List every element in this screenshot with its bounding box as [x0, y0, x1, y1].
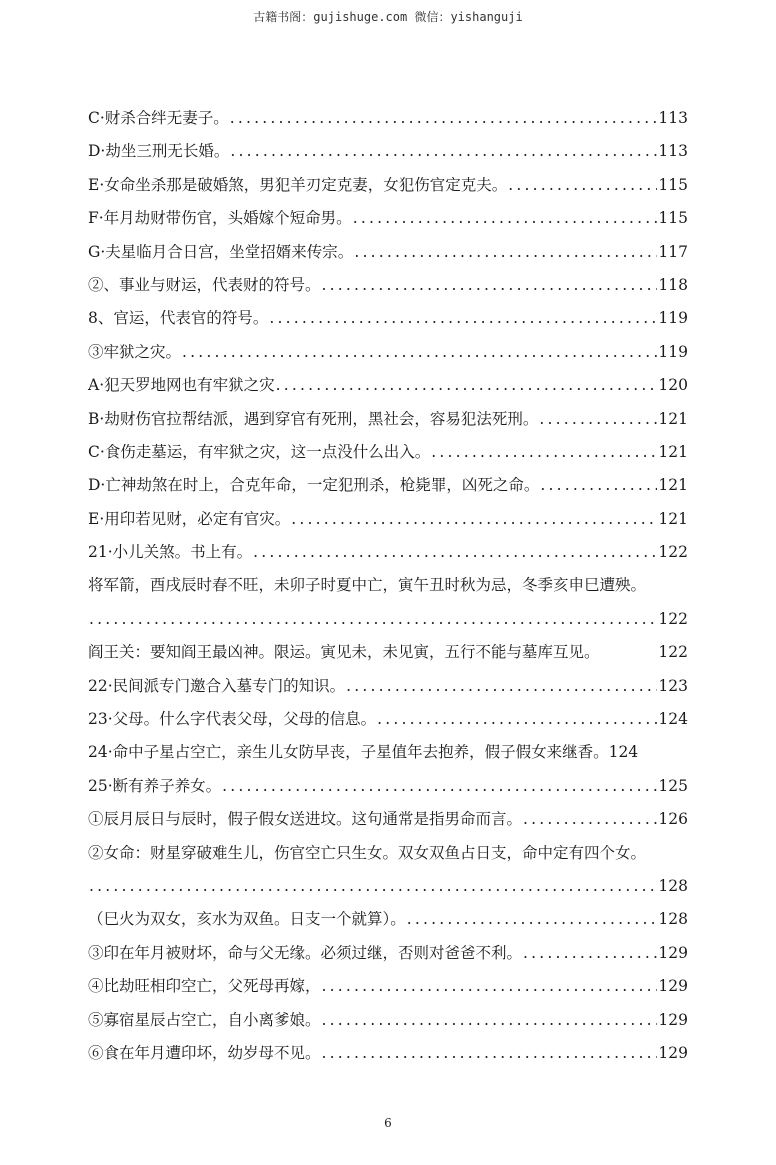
toc-entry-title: 21·小儿关煞。书上有。	[88, 538, 252, 566]
toc-entry-title: 24·命中子星占空亡，亲生儿女防早丧，子星值年去抱养，假子假女来继香。	[88, 738, 609, 766]
toc-entry-page: 129	[658, 939, 688, 967]
toc-entry-page: 122	[658, 638, 688, 666]
dot-leader: ........................................…	[508, 171, 657, 199]
toc-entry[interactable]: 24·命中子星占空亡，亲生儿女防早丧，子星值年去抱养，假子假女来继香。124	[88, 738, 700, 771]
toc-entry-page: 120	[658, 371, 688, 399]
toc-entry[interactable]: ①辰月辰日与辰时，假子假女送进坟。这句通常是指男命而言。............…	[88, 805, 688, 838]
toc-entry[interactable]: （巳火为双女，亥水为双鱼。日支一个就算）。...................…	[88, 905, 688, 938]
toc-entry[interactable]: 23·父母。什么字代表父母，父母的信息。....................…	[88, 705, 688, 738]
toc-entry[interactable]: E·女命坐杀那是破婚煞，男犯羊刃定克妻，女犯伤官定克夫。............…	[88, 171, 688, 204]
toc-entry-title: C·食伤走墓运，有牢狱之灾，这一点没什么出入。	[88, 438, 430, 466]
toc-entry[interactable]: D·亡神劫煞在时上，合克年命，一定犯刑杀，枪毙罪，凶死之命。..........…	[88, 471, 688, 504]
dot-leader: ........................................…	[269, 304, 657, 332]
toc-entry-title: G·夫星临月合日宫，坐堂招婿来传宗。	[88, 238, 353, 266]
toc-entry[interactable]: D·劫坐三刑无长婚。..............................…	[88, 137, 688, 170]
toc-entry[interactable]: F·年月劫财带伤官，头婚嫁个短命男。......................…	[88, 204, 688, 237]
dot-leader: ........................................…	[230, 137, 657, 165]
toc-entry-title: C·财杀合绊无妻子。	[88, 104, 229, 132]
toc-entry-page: 124	[658, 705, 688, 733]
toc-entry-title: 25·断有养子养女。	[88, 772, 221, 800]
toc-entry-page: 118	[658, 271, 688, 299]
dot-leader: ........................................…	[322, 972, 658, 1000]
toc-entry[interactable]: C·财杀合绊无妻子。..............................…	[88, 104, 688, 137]
dot-leader: ........................................…	[540, 471, 657, 499]
dot-leader: ........................................…	[89, 605, 657, 633]
toc-entry-page: 115	[658, 171, 688, 199]
toc-entry-title: ②、事业与财运，代表财的符号。	[88, 271, 321, 299]
toc-entry-page: 121	[658, 505, 688, 533]
toc-entry-page: 117	[658, 238, 688, 266]
toc-entry-title: F·年月劫财带伤官，头婚嫁个短命男。	[88, 204, 352, 232]
toc-entry[interactable]: C·食伤走墓运，有牢狱之灾，这一点没什么出入。.................…	[88, 438, 688, 471]
dot-leader: ........................................…	[322, 1006, 658, 1034]
toc-entry[interactable]: ⑤寡宿星辰占空亡，自小离爹娘。.........................…	[88, 1006, 688, 1039]
toc-entry-page: 122	[658, 605, 688, 633]
toc-entry[interactable]: ③牢狱之灾。..................................…	[88, 338, 688, 371]
dot-leader: ........................................…	[89, 872, 657, 900]
toc-entry-page: 119	[658, 338, 688, 366]
dot-leader: ........................................…	[407, 905, 658, 933]
toc-entry-continuation[interactable]: ........................................…	[88, 605, 688, 638]
toc-entry[interactable]: ④比劫旺相印空亡，父死母再嫁，.........................…	[88, 972, 688, 1005]
toc-entry-page: 129	[658, 1006, 688, 1034]
toc-entry-page: 119	[658, 304, 688, 332]
toc-entry-title: A·犯天罗地网也有牢狱之灾	[88, 371, 275, 399]
dot-leader: ........................................…	[346, 672, 657, 700]
toc-entry-page: 124	[609, 738, 639, 766]
toc-entry[interactable]: ③印在年月被财坏，命与父无缘。必须过继，否则对爸爸不利。............…	[88, 939, 688, 972]
toc-entry-title: E·女命坐杀那是破婚煞，男犯羊刃定克妻，女犯伤官定克夫。	[88, 171, 507, 199]
toc-entry-title: D·亡神劫煞在时上，合克年命，一定犯刑杀，枪毙罪，凶死之命。	[88, 471, 539, 499]
toc-entry-page: 115	[658, 204, 688, 232]
toc-entry[interactable]: G·夫星临月合日宫，坐堂招婿来传宗。......................…	[88, 238, 688, 271]
toc-entry-wrapped-line[interactable]: ②女命：财星穿破难生儿，伤官空亡只生女。双女双鱼占日支，命中定有四个女。	[88, 839, 688, 872]
toc-entry-page: 123	[658, 672, 688, 700]
toc-entry-title: E·用印若见财，必定有官灾。	[88, 505, 290, 533]
toc-entry-title: ⑥食在年月遭印坏，幼岁母不见。	[88, 1039, 321, 1067]
toc-entry-page: 126	[658, 805, 688, 833]
toc-entry-title: ①辰月辰日与辰时，假子假女送进坟。这句通常是指男命而言。	[88, 805, 522, 833]
toc-entry-wrapped-line[interactable]: 将军箭，酉戌辰时春不旺，未卯子时夏中亡，寅午丑时秋为忌，冬季亥申巳遭殃。	[88, 571, 688, 604]
toc-entry-title: B·劫财伤官拉帮结派，遇到穿官有死刑，黑社会，容易犯法死刑。	[88, 405, 538, 433]
toc-entry-title: ③牢狱之灾。	[88, 338, 181, 366]
dot-leader: ........................................…	[322, 1039, 658, 1067]
toc-entry-page: 113	[658, 137, 688, 165]
toc-entry[interactable]: ②、事业与财运，代表财的符号。.........................…	[88, 271, 688, 304]
toc-entry[interactable]: 21·小儿关煞。书上有。............................…	[88, 538, 688, 571]
toc-entry[interactable]: 阎王关：要知阎王最凶神。限运。寅见未，未见寅，五行不能与墓库互见。 122	[88, 638, 688, 671]
dot-leader: ........................................…	[230, 104, 658, 132]
toc-entry-title: ④比劫旺相印空亡，父死母再嫁，	[88, 972, 321, 1000]
dot-leader: ........................................…	[377, 705, 657, 733]
dot-leader: ........................................…	[353, 204, 658, 232]
dot-leader: ........................................…	[222, 772, 657, 800]
toc-entry[interactable]: 25·断有养子养女。..............................…	[88, 772, 688, 805]
toc-entry-page: 113	[658, 104, 688, 132]
toc-entry-page: 129	[658, 972, 688, 1000]
dot-leader: ........................................…	[539, 405, 657, 433]
toc-entry-title: 将军箭，酉戌辰时春不旺，未卯子时夏中亡，寅午丑时秋为忌，冬季亥申巳遭殃。	[88, 571, 646, 599]
toc-entry[interactable]: B·劫财伤官拉帮结派，遇到穿官有死刑，黑社会，容易犯法死刑。..........…	[88, 405, 688, 438]
dot-leader: ........................................…	[253, 538, 657, 566]
dot-leader: ........................................…	[431, 438, 657, 466]
toc-entry-continuation[interactable]: ........................................…	[88, 872, 688, 905]
toc-entry-title: 22·民间派专门邀合入墓专门的知识。	[88, 672, 345, 700]
toc-entry-title: D·劫坐三刑无长婚。	[88, 137, 229, 165]
dot-leader: ........................................…	[354, 238, 657, 266]
toc-entry-page: 121	[658, 405, 688, 433]
dot-leader: ........................................…	[523, 805, 657, 833]
toc-entry-title: 8、官运，代表官的符号。	[88, 304, 268, 332]
toc-entry-title: ③印在年月被财坏，命与父无缘。必须过继，否则对爸爸不利。	[88, 939, 522, 967]
toc-entry-page: 128	[658, 872, 688, 900]
toc-entry[interactable]: 22·民间派专门邀合入墓专门的知识。......................…	[88, 672, 688, 705]
page-number: 6	[0, 1116, 776, 1130]
dot-leader: ........................................…	[291, 505, 657, 533]
dot-leader: ........................................…	[182, 338, 657, 366]
toc-entry-page: 121	[658, 471, 688, 499]
dot-leader: ........................................…	[322, 271, 658, 299]
dot-leader: ........................................…	[523, 939, 657, 967]
toc-entry[interactable]: A·犯天罗地网也有牢狱之灾...........................…	[88, 371, 688, 404]
toc-entry[interactable]: 8、官运，代表官的符号。............................…	[88, 304, 688, 337]
table-of-contents: C·财杀合绊无妻子。..............................…	[88, 104, 688, 1072]
toc-entry-page: 121	[658, 438, 688, 466]
dot-leader: ........................................…	[276, 371, 658, 399]
toc-entry-page: 122	[658, 538, 688, 566]
toc-entry-title: ②女命：财星穿破难生儿，伤官空亡只生女。双女双鱼占日支，命中定有四个女。	[88, 839, 646, 867]
toc-entry[interactable]: ⑥食在年月遭印坏，幼岁母不见。.........................…	[88, 1039, 688, 1072]
toc-entry-page: 125	[658, 772, 688, 800]
toc-entry-page: 128	[658, 905, 688, 933]
toc-entry-title: 23·父母。什么字代表父母，父母的信息。	[88, 705, 376, 733]
toc-entry-title: ⑤寡宿星辰占空亡，自小离爹娘。	[88, 1006, 321, 1034]
toc-entry-page: 129	[658, 1039, 688, 1067]
toc-entry-title: （巳火为双女，亥水为双鱼。日支一个就算）。	[88, 905, 406, 933]
watermark-header: 古籍书阁：gujishuge.com 微信：yishanguji	[0, 8, 776, 25]
toc-entry-title: 阎王关：要知阎王最凶神。限运。寅见未，未见寅，五行不能与墓库互见。	[88, 638, 600, 666]
toc-entry[interactable]: E·用印若见财，必定有官灾。..........................…	[88, 505, 688, 538]
